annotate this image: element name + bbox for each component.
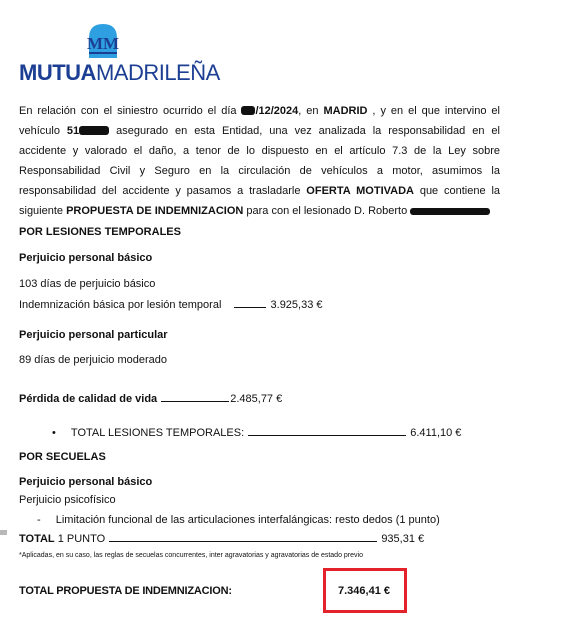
dash-icon: - — [37, 514, 41, 526]
leader-line — [248, 425, 406, 436]
total-temporales-amount: 6.411,10 € — [410, 427, 461, 439]
calidad-line: Pérdida de calidad de vida 2.485,77 € — [19, 391, 282, 405]
secuela-item: - Limitación funcional de las articulaci… — [37, 514, 440, 526]
total-temporales-line: • TOTAL LESIONES TEMPORALES: 6.411,10 € — [52, 425, 461, 439]
redacted-surname — [410, 208, 490, 215]
redacted-plate — [79, 126, 109, 135]
subheading-particular: Perjuicio personal particular — [19, 329, 168, 341]
grand-total-label: TOTAL PROPUESTA DE INDEMNIZACION: — [19, 585, 232, 597]
total-secuelas-amount: 935,31 € — [381, 533, 424, 545]
basico-line: Indemnización básica por lesión temporal… — [19, 297, 323, 311]
intro-line-5: responsabilidad del accidente y pasamos … — [19, 181, 500, 201]
calidad-amount: 2.485,77 € — [230, 393, 282, 405]
bullet-icon: • — [52, 427, 56, 439]
secuelas-footnote: *Aplicadas, en su caso, las reglas de se… — [19, 552, 363, 559]
svg-text:MM: MM — [87, 34, 119, 53]
intro-line-1: En relación con el siniestro ocurrido el… — [19, 101, 500, 121]
grand-total-amount: 7.346,41 € — [338, 585, 390, 597]
total-secuelas-bold: TOTAL — [19, 533, 55, 545]
secuela-item-text: Limitación funcional de las articulacion… — [56, 514, 440, 526]
intro-line-3: accidente y valorado el daño, a tenor de… — [19, 141, 500, 161]
total-secuelas-line: TOTAL 1 PUNTO 935,31 € — [19, 531, 424, 545]
leader-line — [109, 531, 377, 542]
calidad-label: Pérdida de calidad de vida — [19, 393, 157, 405]
logo-emblem: MM — [83, 22, 123, 58]
brand-light: MADRILEÑA — [96, 60, 220, 85]
margin-marker — [0, 530, 7, 535]
brand-bold: MUTUA — [19, 60, 96, 85]
leader-line — [161, 391, 229, 402]
basico-label: Indemnización básica por lesión temporal — [19, 299, 221, 311]
basico-days: 103 días de perjuicio básico — [19, 278, 155, 290]
subheading-secuelas-basico: Perjuicio personal básico — [19, 476, 152, 488]
section-heading-secuelas: POR SECUELAS — [19, 451, 106, 463]
intro-line-2: vehículo 51 asegurado en esta Entidad, u… — [19, 121, 500, 141]
intro-line-4: Responsabilidad Civil y Seguro en la cir… — [19, 161, 500, 181]
redacted-day — [241, 106, 255, 115]
intro-line-6: siguiente PROPUESTA DE INDEMNIZACION par… — [19, 201, 500, 221]
total-secuelas-rest: 1 PUNTO — [55, 533, 106, 545]
particular-days: 89 días de perjuicio moderado — [19, 354, 167, 366]
section-heading-temporales: POR LESIONES TEMPORALES — [19, 226, 181, 238]
intro-paragraph: En relación con el siniestro ocurrido el… — [19, 101, 500, 221]
basico-amount: 3.925,33 € — [271, 299, 323, 311]
total-temporales-label: TOTAL LESIONES TEMPORALES: — [71, 427, 244, 439]
brand-logo: MUTUAMADRILEÑA — [19, 61, 220, 85]
psicofisico-label: Perjuicio psicofísico — [19, 494, 116, 506]
subheading-basico: Perjuicio personal básico — [19, 252, 152, 264]
mm-emblem-icon: MM — [83, 22, 123, 58]
leader-line — [234, 297, 266, 308]
